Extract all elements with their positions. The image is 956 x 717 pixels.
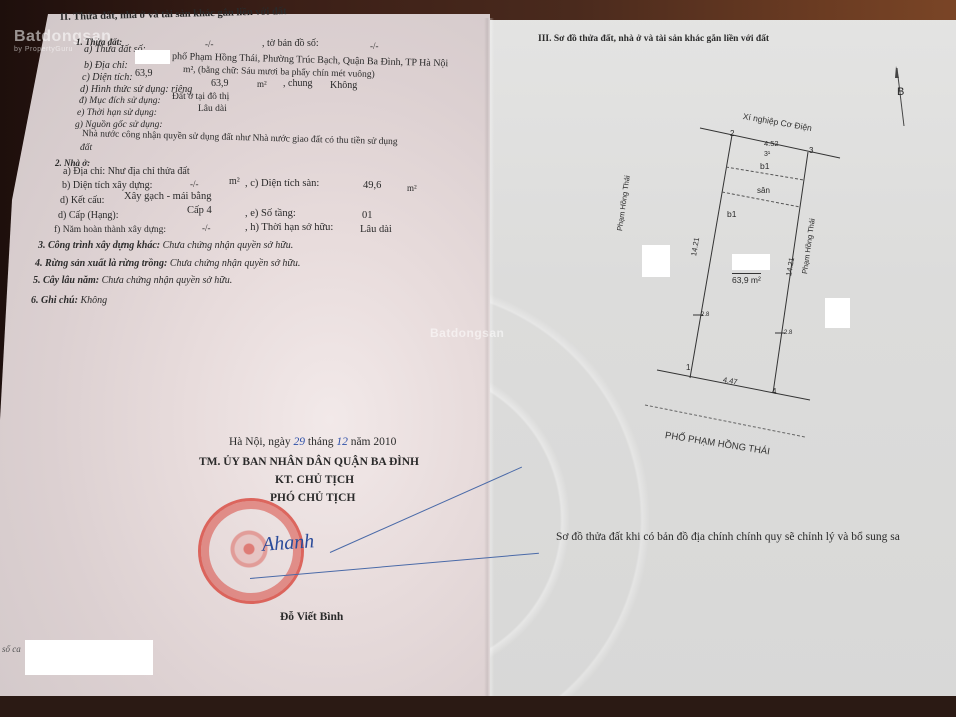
structure-label: d) Kết cấu:	[60, 195, 104, 207]
vertex-4: 4	[772, 386, 776, 398]
purpose-label: đ) Mục đích sử dụng:	[79, 95, 161, 107]
purpose-value: Đất ở tại đô thị	[172, 91, 229, 103]
redacted-left-marker	[642, 245, 670, 277]
built-area-value: -/-	[190, 178, 199, 190]
floors-label: , e) Số tầng:	[245, 208, 296, 220]
usage-form-private: 63,9	[211, 78, 229, 90]
ownership-term-label: , h) Thời hạn sở hữu:	[245, 222, 333, 234]
table-edge	[0, 696, 956, 717]
parcel-no-value: -/-	[205, 38, 214, 50]
usage-form-shared-value: Không	[330, 80, 357, 92]
ownership-term-value: Lâu dài	[360, 224, 392, 236]
floor-area-unit: m²	[407, 182, 417, 194]
edge-bottom-length: 4.47	[722, 374, 738, 388]
redacted-parcel-no	[135, 50, 170, 64]
issuing-org: TM. ỦY BAN NHÂN DÂN QUẬN BA ĐÌNH	[199, 456, 419, 468]
setback-left: 2.8	[701, 309, 709, 321]
floor-area-label: , c) Diện tích sàn:	[245, 178, 319, 190]
area-value: 63,9	[135, 68, 153, 80]
vertex-1: 1	[686, 362, 690, 374]
redacted-cert-number	[25, 640, 153, 675]
parcel-area-label: 63,9 m²	[732, 273, 761, 286]
perennial-trees: 5. Cây lâu năm: Chưa chứng nhận quyền sở…	[33, 275, 232, 287]
watermark-center: Batdongsan	[430, 326, 504, 340]
zone-b1-top: b1	[760, 160, 769, 172]
notes: 6. Ghi chú: Không	[31, 295, 107, 307]
year-built-value: -/-	[202, 222, 211, 234]
redacted-parcel-id	[732, 254, 770, 270]
plan-footer-note: Sơ đồ thửa đất khi có bản đồ địa chính c…	[556, 531, 900, 543]
production-forest: 4. Rừng sản xuất là rừng trồng: Chưa chứ…	[35, 258, 300, 270]
area-label: c) Diện tích:	[82, 72, 133, 84]
cert-no-fragment: số ca	[2, 643, 21, 655]
grade-value: Cấp 4	[187, 205, 212, 217]
issue-date: Hà Nội, ngày 29 tháng 12 năm 2010	[229, 436, 396, 448]
north-arrow: B	[892, 66, 916, 128]
signer-role-1: KT. CHỦ TỊCH	[275, 474, 354, 486]
other-works: 3. Công trình xây dựng khác: Chưa chứng …	[38, 240, 293, 252]
setback-right: 2.8	[784, 327, 792, 339]
structure-value: Xây gạch - mái bằng	[124, 191, 211, 203]
usage-form-shared-label: , chung	[283, 78, 312, 90]
zone-b1-main: b1	[727, 208, 736, 220]
house-address: a) Địa chỉ: Như địa chỉ thửa đất	[63, 166, 190, 178]
page-fold	[484, 18, 494, 698]
redacted-right-marker	[825, 298, 850, 328]
floor-area-value: 49,6	[363, 180, 381, 192]
map-sheet-label: , tờ bản đồ số:	[262, 38, 319, 50]
handwritten-signature: Ahanh	[261, 530, 315, 557]
north-label: B	[897, 86, 904, 98]
map-sheet-value: -/-	[370, 40, 379, 52]
term-label: e) Thời hạn sử dụng:	[77, 107, 157, 119]
address-label: b) Địa chỉ:	[84, 60, 128, 72]
zone-courtyard: sân	[757, 185, 770, 197]
vertex-3: 3	[809, 145, 813, 157]
year-built-label: f) Năm hoàn thành xây dựng:	[54, 224, 166, 236]
certificate-left-page	[0, 0, 490, 717]
floors-value: 01	[362, 210, 373, 222]
origin-value-line2: đất	[80, 142, 92, 154]
section-iii-title: III. Sơ đồ thửa đất, nhà ở và tài sản kh…	[538, 33, 769, 45]
grade-label: d) Cấp (Hạng):	[58, 210, 119, 222]
signer-role-2: PHÓ CHỦ TỊCH	[270, 492, 355, 504]
built-area-unit: m²	[229, 176, 240, 188]
signer-name: Đỗ Viết Bình	[280, 611, 343, 623]
vertex-2: 2	[730, 128, 734, 140]
usage-form-unit: m²	[257, 78, 267, 90]
term-value: Lâu dài	[198, 103, 227, 115]
